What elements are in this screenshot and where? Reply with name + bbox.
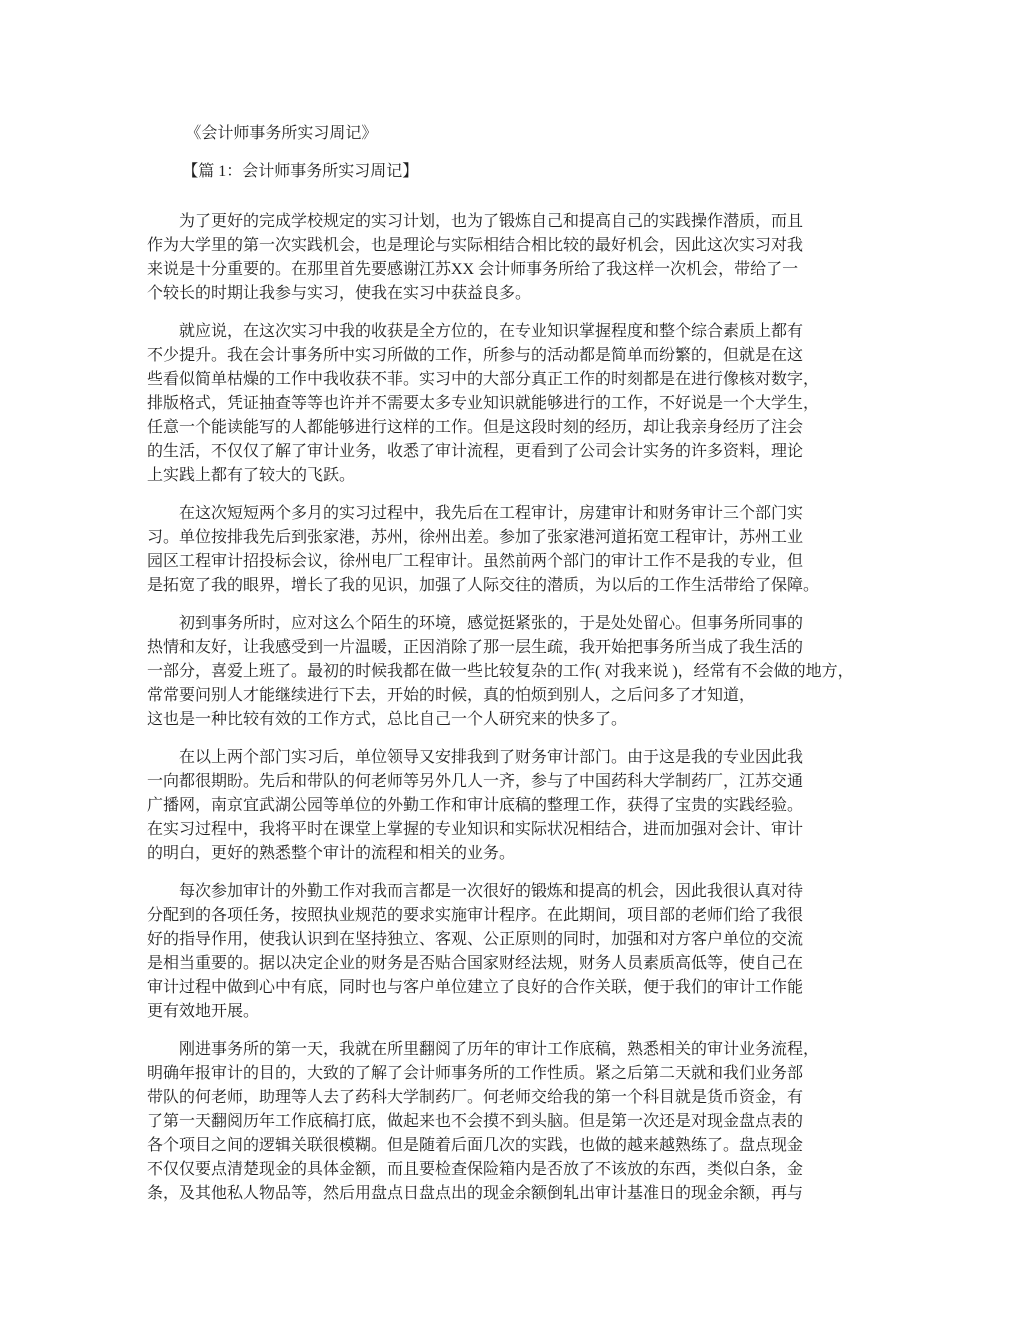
document-page: 《会计师事务所实习周记》 【篇 1：会计师事务所实习周记】 为了更好的完成学校规…: [0, 0, 1024, 1325]
paragraph: 初到事务所时，应对这么个陌生的环境，感觉挺紧张的，于是处处留心。但事务所同事的 …: [147, 612, 947, 732]
paragraph: 为了更好的完成学校规定的实习计划，也为了锻炼自己和提高自己的实践操作潜质，而且 …: [147, 210, 947, 306]
section-heading: 【篇 1：会计师事务所实习周记】: [147, 160, 947, 184]
paragraph: 刚进事务所的第一天，我就在所里翻阅了历年的审计工作底稿，熟悉相关的审计业务流程，…: [147, 1038, 947, 1206]
paragraph: 在以上两个部门实习后，单位领导又安排我到了财务审计部门。由于这是我的专业因此我 …: [147, 746, 947, 866]
paragraph: 在这次短短两个多月的实习过程中，我先后在工程审计，房建审计和财务审计三个部门实 …: [147, 502, 947, 598]
paragraph-list: 为了更好的完成学校规定的实习计划，也为了锻炼自己和提高自己的实践操作潜质，而且 …: [147, 210, 947, 1206]
paragraph: 就应说，在这次实习中我的收获是全方位的，在专业知识掌握程度和整个综合素质上都有 …: [147, 320, 947, 488]
paragraph: 每次参加审计的外勤工作对我而言都是一次很好的锻炼和提高的机会，因此我很认真对待 …: [147, 880, 947, 1024]
document-title: 《会计师事务所实习周记》: [147, 122, 947, 146]
document-body: 《会计师事务所实习周记》 【篇 1：会计师事务所实习周记】 为了更好的完成学校规…: [147, 122, 947, 1220]
